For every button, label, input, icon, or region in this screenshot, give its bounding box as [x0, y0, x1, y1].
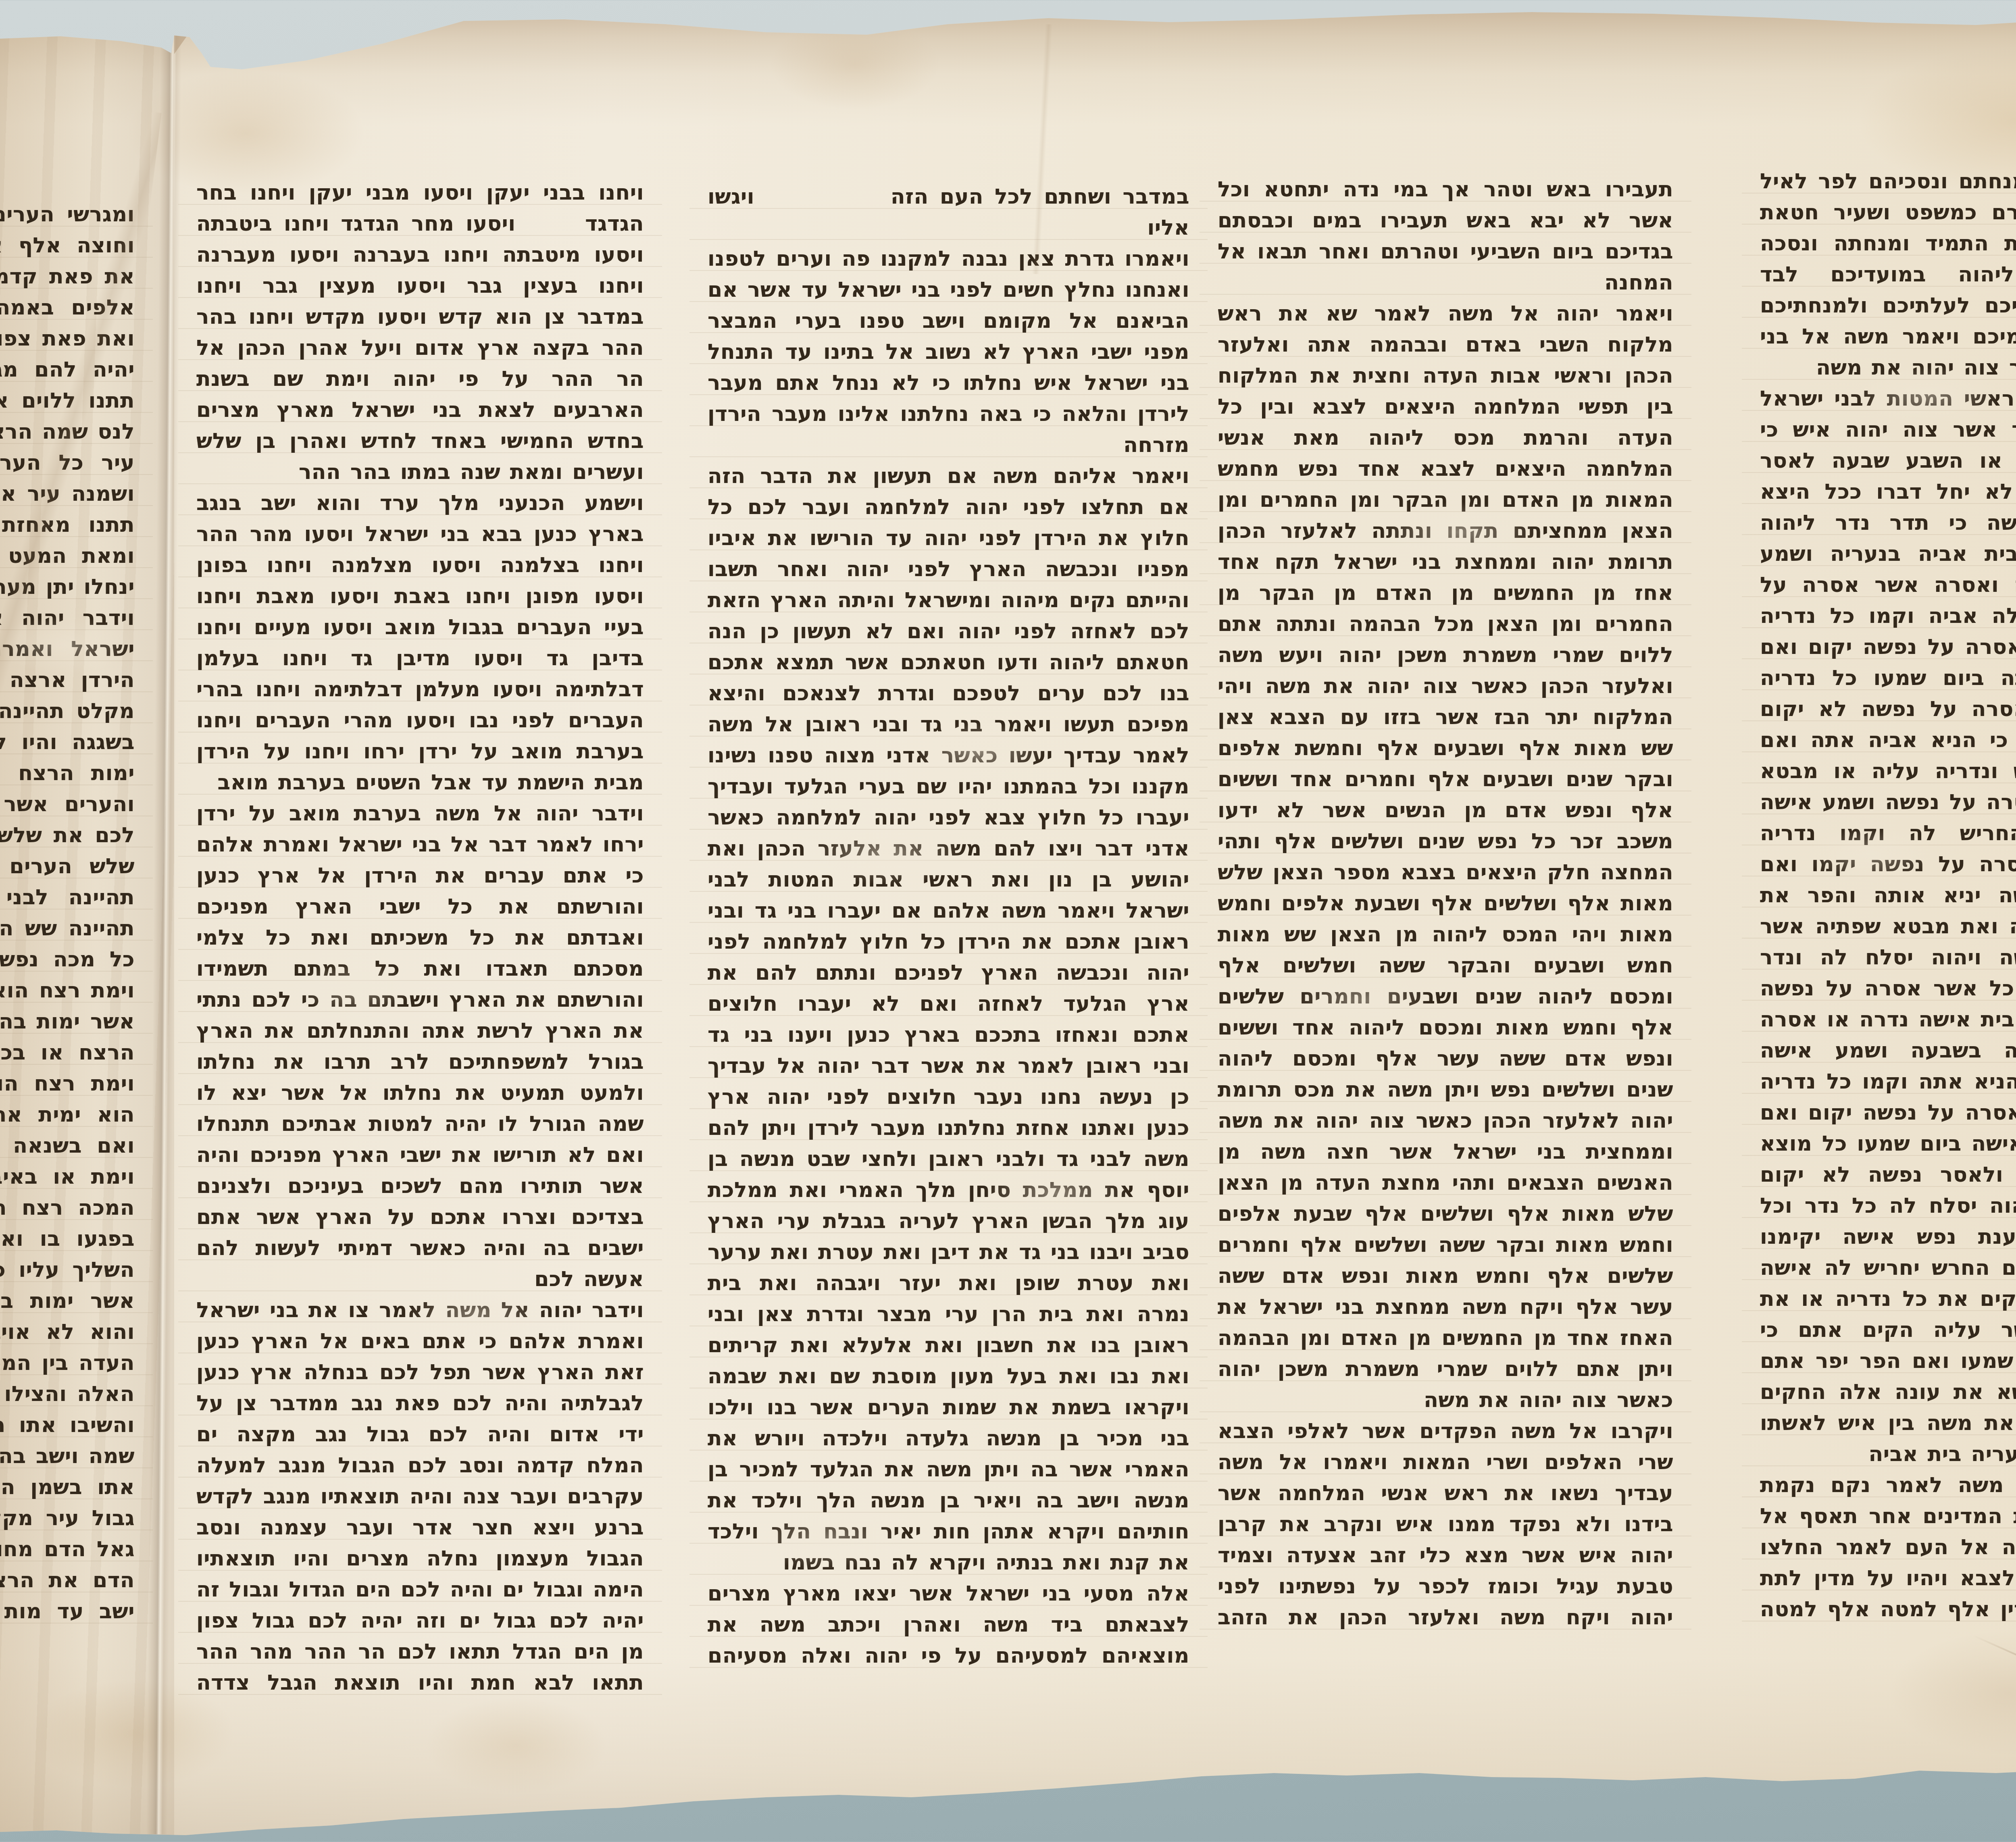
torah-column-4: שבעה תמימם מנחתם ונסכיהם לפר לאיל ולכבשי…	[1742, 166, 2016, 1625]
torah-column-left-partial: ומגרשי הערים אשר תתנו ללוים מקיר העיר וח…	[0, 199, 153, 1627]
parchment-crack	[1973, 1635, 2016, 1689]
fold-corner-left-icon	[174, 35, 188, 54]
torah-scroll-parchment: ומגרשי הערים אשר תתנו ללוים מקיר העיר וח…	[0, 0, 2016, 1842]
torah-column-2: במדבר ושחתם לכל העם הזה ויגשו אליו ויאמר…	[689, 181, 1208, 1671]
torah-column-1: ויחנו בבני יעקן ויסעו מבני יעקן ויחנו בח…	[178, 177, 662, 1698]
torah-column-3: תעבירו באש וטהר אך במי נדה יתחטא וכל אשר…	[1200, 174, 1691, 1633]
museum-backdrop: ומגרשי הערים אשר תתנו ללוים מקיר העיר וח…	[0, 0, 2016, 1842]
